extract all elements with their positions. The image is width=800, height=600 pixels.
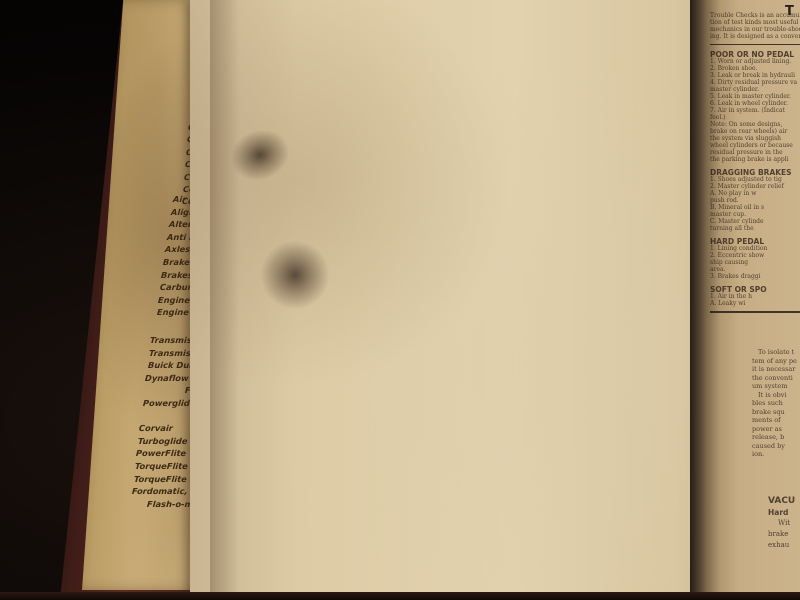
text-line: It is obvi	[758, 391, 800, 400]
text-line: area.	[710, 266, 800, 273]
text-line: ship causing	[710, 259, 800, 266]
text-line: wheel cylinders or because	[710, 142, 800, 149]
text-line: the conventi	[752, 374, 800, 383]
table-surface	[0, 592, 800, 600]
page-fold-shadow	[690, 0, 720, 600]
text-line: 6. Leak in wheel cylinder.	[710, 100, 800, 107]
text-line: B. Mineral oil in s	[710, 204, 800, 211]
text-line: the system via sluggish	[710, 135, 800, 142]
text-line: 7. Air in system. (Indicat	[710, 107, 800, 114]
text-line: ments of	[752, 416, 800, 425]
text-line: power as	[752, 425, 800, 434]
text-line: 5. Leak in master cylinder.	[710, 93, 800, 100]
subsection-heading: Hard	[768, 507, 800, 518]
page-paragraph: To isolate t tem of any pe it is necessa…	[752, 348, 800, 459]
text-line: bles such	[752, 399, 800, 408]
text-line: ing. It is designed as a conven	[710, 33, 800, 40]
text-line: 1. Lining condition	[710, 245, 800, 252]
text-line: 4. Dirty residual pressure va	[710, 79, 800, 86]
text-line: 1. Worn or adjusted lining.	[710, 58, 800, 65]
text-line: 3. Leak or break in hydrauli	[710, 72, 800, 79]
text-line: master cup.	[710, 211, 800, 218]
text-line: exhau	[768, 540, 800, 551]
text-line: 3. Brakes draggi	[710, 273, 800, 280]
text-line: master cylinder.	[710, 86, 800, 93]
text-line: To isolate t	[758, 348, 800, 357]
text-line: turning all the	[710, 225, 800, 232]
text-line: ion.	[752, 450, 800, 459]
section-heading: HARD PEDAL	[710, 238, 800, 245]
text-line: A. No play in w	[710, 190, 800, 197]
text-line: mechanics in our trouble-shoo	[710, 26, 800, 33]
dirt-smudge	[246, 226, 343, 323]
text-line: Note: On some designs,	[710, 121, 800, 128]
text-line: release, b	[752, 433, 800, 442]
divider	[710, 44, 800, 45]
text-line: 1. Shoes adjusted to tig	[710, 176, 800, 183]
text-line: push rod.	[710, 197, 800, 204]
photo-scene: Brakes, Hydrauli Brakes, Power Clutch Co…	[0, 0, 800, 600]
vacuum-section: VACU Hard Wit brake exhau	[768, 490, 800, 551]
section-heading: VACU	[768, 496, 800, 507]
dirt-smudge	[223, 121, 296, 189]
text-line: it is necessar	[752, 365, 800, 374]
text-line: A. Leaky wi	[710, 300, 800, 307]
text-line: caused by	[752, 442, 800, 451]
text-line: tem of any pe	[752, 357, 800, 366]
text-line: Trouble Checks is an accumula-	[710, 12, 800, 19]
divider	[710, 311, 800, 313]
blank-flyleaf-page	[190, 0, 730, 600]
text-line: C. Master cylinde	[710, 218, 800, 225]
page-intro: Trouble Checks is an accumula- tion of t…	[710, 12, 800, 317]
text-line: brake	[768, 529, 800, 540]
text-line: brake on rear wheels) air	[710, 128, 800, 135]
text-line: tion of test kinds most useful to	[710, 19, 800, 26]
section-heading: SOFT OR SPO	[710, 286, 800, 293]
text-line: 1. Air in the h	[710, 293, 800, 300]
section-heading: DRAGGING BRAKES	[710, 169, 800, 176]
text-line: 2. Broken shoe.	[710, 65, 800, 72]
text-line: feel.)	[710, 114, 800, 121]
section-heading: POOR OR NO PEDAL	[710, 51, 800, 58]
text-line: Wit	[778, 518, 800, 529]
text-line: the parking brake is appli	[710, 156, 800, 163]
text-line: um system	[752, 382, 800, 391]
text-line: 2. Master cylinder relief	[710, 183, 800, 190]
text-line: 2. Eccentric show	[710, 252, 800, 259]
text-line: brake squ	[752, 408, 800, 417]
text-line: residual pressure in the	[710, 149, 800, 156]
